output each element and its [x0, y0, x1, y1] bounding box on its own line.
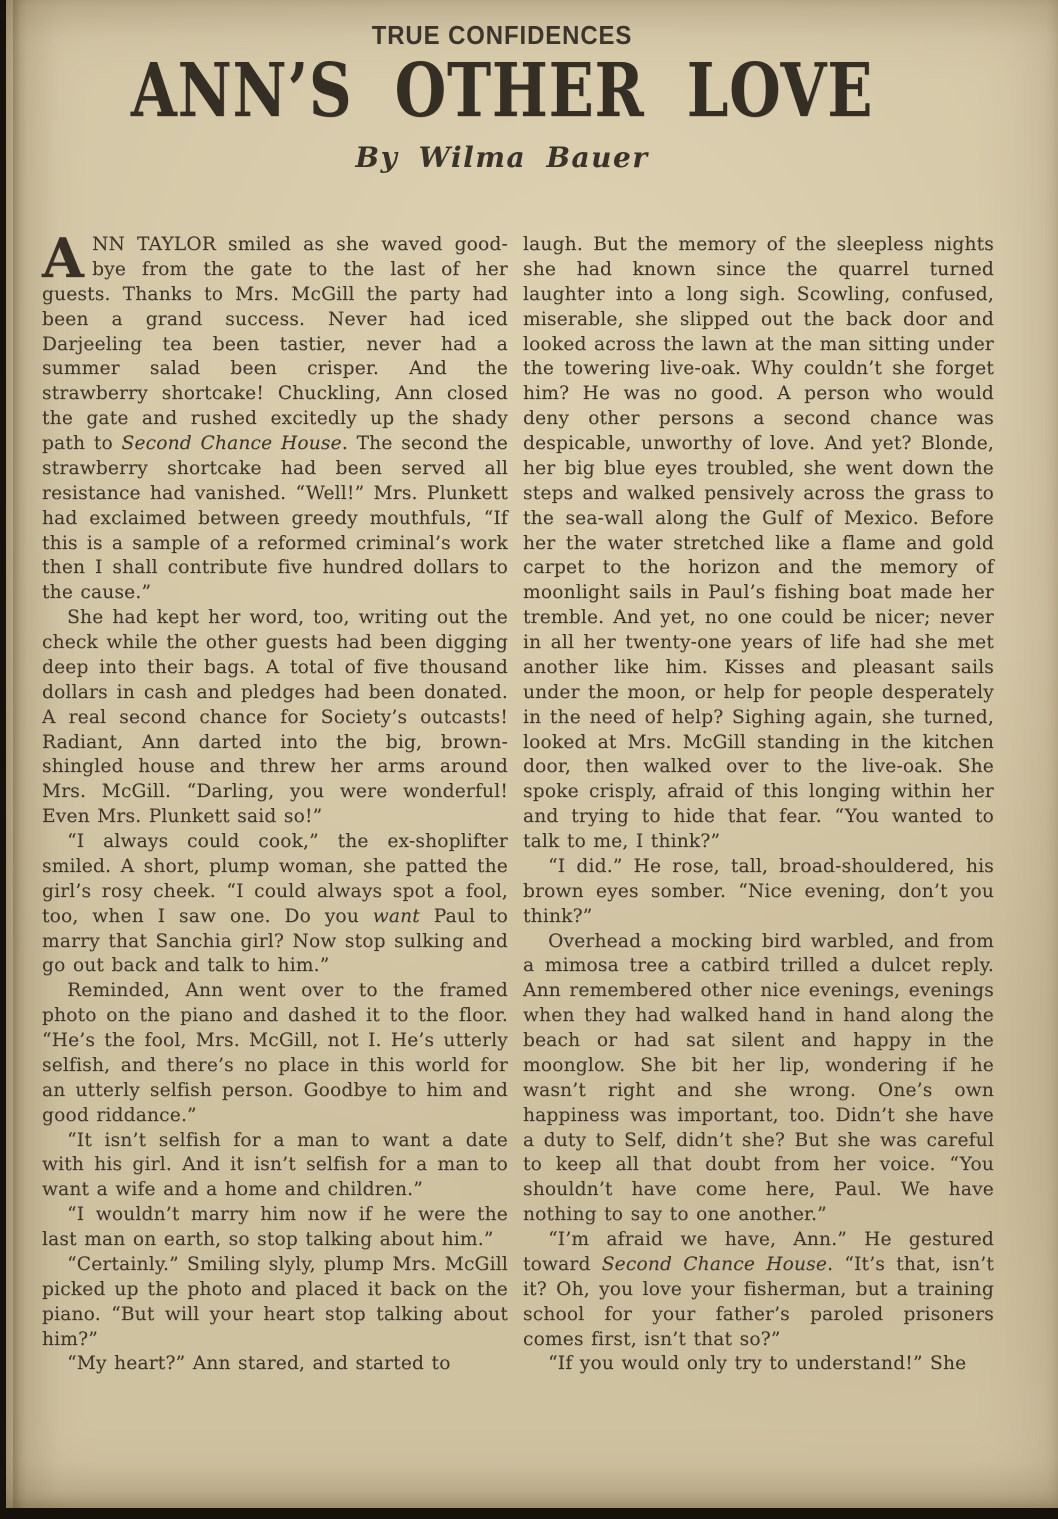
- page-crease: [13, 0, 27, 1508]
- page-title: ANN’S OTHER LOVE: [116, 48, 887, 134]
- paragraph: laugh. But the memory of the sleepless n…: [523, 233, 994, 855]
- series-title: TRUE CONFIDENCES: [59, 20, 946, 51]
- story-body: ANN TAYLOR smiled as she waved good-bye …: [42, 233, 994, 1377]
- story-right-column: laugh. But the memory of the sleepless n…: [523, 233, 994, 1377]
- paragraph: “Certainly.” Smiling slyly, plump Mrs. M…: [42, 1253, 508, 1353]
- paragraph: “If you would only try to understand!” S…: [523, 1352, 994, 1377]
- italic-text: Second Chance House: [602, 1254, 827, 1275]
- magazine-page: TRUE CONFIDENCES ANN’S OTHER LOVE By Wil…: [0, 0, 1058, 1519]
- story-left-column: ANN TAYLOR smiled as she waved good-bye …: [42, 233, 508, 1377]
- body-text: “I did.” He rose, tall, broad-shouldered…: [523, 856, 994, 927]
- paragraph: “It isn’t selfish for a man to want a da…: [42, 1129, 508, 1204]
- paragraph: “My heart?” Ann stared, and started to: [42, 1352, 508, 1377]
- body-text: “Certainly.” Smiling slyly, plump Mrs. M…: [42, 1254, 508, 1350]
- paragraph: “I did.” He rose, tall, broad-shouldered…: [523, 855, 994, 930]
- body-text: . The second the strawberry shortcake ha…: [42, 433, 508, 603]
- body-text: NN TAYLOR smiled as she waved good-bye f…: [42, 234, 508, 454]
- body-text: “If you would only try to understand!” S…: [548, 1353, 966, 1374]
- dropcap-letter: A: [42, 233, 92, 279]
- italic-text: want: [373, 906, 420, 927]
- paragraph: Overhead a mocking bird warbled, and fro…: [523, 930, 994, 1229]
- body-text: “My heart?” Ann stared, and started to: [67, 1353, 450, 1374]
- body-text: “I wouldn’t marry him now if he were the…: [42, 1204, 508, 1250]
- paragraph: “I’m afraid we have, Ann.” He gestured t…: [523, 1228, 994, 1352]
- paragraph: “I wouldn’t marry him now if he were the…: [42, 1203, 508, 1253]
- paragraph: “I always could cook,” the ex-shoplifter…: [42, 830, 508, 979]
- paragraph: ANN TAYLOR smiled as she waved good-bye …: [42, 233, 508, 606]
- paragraph: She had kept her word, too, writing out …: [42, 606, 508, 830]
- italic-text: Second Chance House: [122, 433, 342, 454]
- byline: By Wilma Bauer: [20, 141, 984, 174]
- body-text: “It isn’t selfish for a man to want a da…: [42, 1130, 508, 1201]
- paper: TRUE CONFIDENCES ANN’S OTHER LOVE By Wil…: [6, 0, 1058, 1508]
- body-text: She had kept her word, too, writing out …: [42, 607, 508, 827]
- body-text: laugh. But the memory of the sleepless n…: [523, 234, 994, 852]
- body-text: Reminded, Ann went over to the framed ph…: [42, 980, 508, 1125]
- body-text: Overhead a mocking bird warbled, and fro…: [523, 931, 994, 1226]
- paragraph: Reminded, Ann went over to the framed ph…: [42, 979, 508, 1128]
